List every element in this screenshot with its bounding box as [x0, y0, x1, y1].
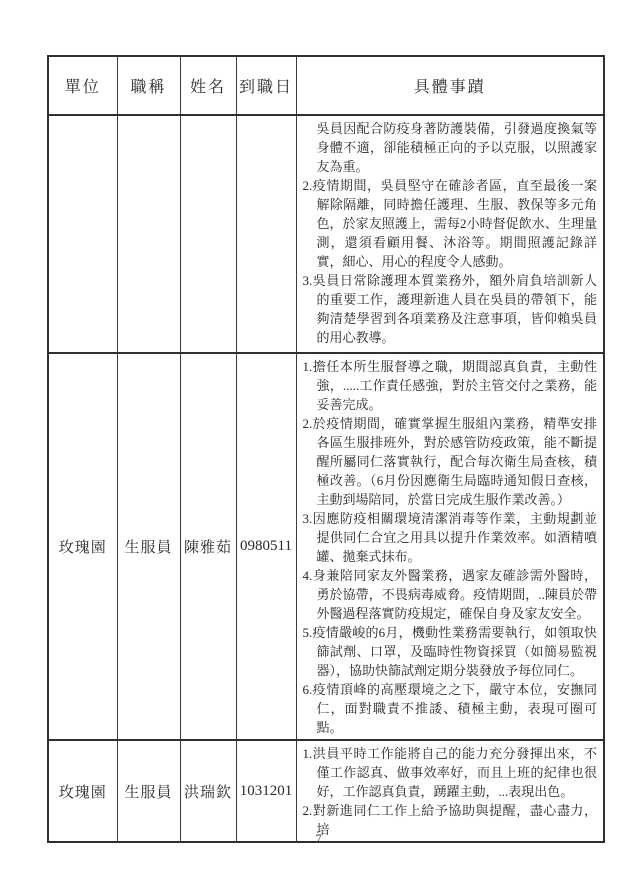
achievement-item: 6.疫情頂峰的高壓環境之之下，嚴守本位，安撫同仁，面對職責不推諉、積極主動，表現…	[303, 680, 598, 737]
unit-cell: 玫瑰園	[48, 353, 117, 740]
item-number: 2.	[303, 803, 313, 818]
item-number: 3.	[303, 511, 313, 526]
item-text: 吳員因配合防疫身著防護裝備，引發過度換氣等身體不適，卻能積極正向的予以克服，以照…	[317, 121, 598, 174]
details-cell: 1.洪員平時工作能將自己的能力充分發揮出來，不僅工作認真、做事效率好，而且上班的…	[296, 740, 604, 842]
item-text: 於疫情期間，確實掌握生服組內業務，精準安排各區生服排班外，對於感管防疫政策，能不…	[312, 416, 597, 507]
header-title: 職稱	[117, 56, 180, 115]
item-text: 吳員日常除護理本質業務外，額外肩負培訓新人的重要工作，護理新進人員在吳員的帶領下…	[312, 273, 597, 345]
item-number: 2.	[303, 178, 313, 193]
item-number: 1.	[303, 746, 313, 761]
achievement-item: 1.洪員平時工作能將自己的能力充分發揮出來，不僅工作認真、做事效率好，而且上班的…	[303, 744, 598, 801]
item-text: 身兼陪同家友外醫業務，遇家友確診需外醫時，勇於協帶，不畏病毒威脅。疫情期間，..…	[312, 568, 597, 621]
item-number: 2.	[303, 416, 313, 431]
table-row: 玫瑰園 生服員 陳雅茹 0980511 1.擔任本所生服督導之職，期間認真負責，…	[48, 353, 604, 740]
item-text: 疫情期間，吳員堅守在確診者區，直至最後一案解除隔離，同時擔任護理、生服、教保等多…	[312, 178, 597, 269]
achievement-item: 1.擔任本所生服督導之職，期間認真負責，主動性強，.....工作責任感強，對於主…	[303, 357, 598, 414]
start-date-cell: 1031201	[236, 740, 296, 842]
item-text: 擔任本所生服督導之職，期間認真負責，主動性強，.....工作責任感強，對於主管交…	[312, 359, 597, 412]
achievement-item: 5.疫情嚴峻的6月，機動性業務需要執行，如領取快篩試劑、口罩，及臨時性物資採買（…	[303, 623, 598, 680]
item-number: 3.	[303, 273, 313, 288]
document-page: 單位 職稱 姓名 到職日 具體事蹟 吳員因配合防疫身著防護裝備，引發過度換氣等身…	[0, 0, 637, 891]
achievement-item: 3.因應防疫相關環境清潔消毒等作業，主動規劃並提供同仁合宜之用具以提升作業效率。…	[303, 509, 598, 566]
page-number: 7	[0, 831, 637, 847]
item-number: 4.	[303, 568, 313, 583]
achievement-item: 2.疫情期間，吳員堅守在確診者區，直至最後一案解除隔離，同時擔任護理、生服、教保…	[303, 176, 598, 271]
commendation-table: 單位 職稱 姓名 到職日 具體事蹟 吳員因配合防疫身著防護裝備，引發過度換氣等身…	[47, 55, 605, 843]
table-header-row: 單位 職稱 姓名 到職日 具體事蹟	[48, 56, 604, 115]
item-text: 疫情嚴峻的6月，機動性業務需要執行，如領取快篩試劑、口罩，及臨時性物資採買（如簡…	[312, 625, 597, 678]
header-details: 具體事蹟	[296, 56, 604, 115]
table-row: 吳員因配合防疫身著防護裝備，引發過度換氣等身體不適，卻能積極正向的予以克服，以照…	[48, 115, 604, 353]
item-number: 5.	[303, 625, 313, 640]
details-cell: 吳員因配合防疫身著防護裝備，引發過度換氣等身體不適，卻能積極正向的予以克服，以照…	[296, 115, 604, 353]
achievement-item: 吳員因配合防疫身著防護裝備，引發過度換氣等身體不適，卻能積極正向的予以克服，以照…	[303, 119, 598, 176]
start-date-cell: 0980511	[236, 353, 296, 740]
name-cell	[180, 115, 236, 353]
item-number: 6.	[303, 682, 313, 697]
item-number: 1.	[303, 359, 313, 374]
header-unit: 單位	[48, 56, 117, 115]
header-start-date: 到職日	[236, 56, 296, 115]
title-cell	[117, 115, 180, 353]
name-cell: 洪瑞欽	[180, 740, 236, 842]
unit-cell	[48, 115, 117, 353]
achievement-item: 2.於疫情期間，確實掌握生服組內業務，精準安排各區生服排班外，對於感管防疫政策，…	[303, 414, 598, 509]
achievement-item: 3.吳員日常除護理本質業務外，額外肩負培訓新人的重要工作，護理新進人員在吳員的帶…	[303, 271, 598, 347]
unit-cell: 玫瑰園	[48, 740, 117, 842]
achievement-item: 4.身兼陪同家友外醫業務，遇家友確診需外醫時，勇於協帶，不畏病毒威脅。疫情期間，…	[303, 566, 598, 623]
start-date-cell	[236, 115, 296, 353]
header-name: 姓名	[180, 56, 236, 115]
title-cell: 生服員	[117, 353, 180, 740]
name-cell: 陳雅茹	[180, 353, 236, 740]
item-text: 洪員平時工作能將自己的能力充分發揮出來，不僅工作認真、做事效率好，而且上班的紀律…	[312, 746, 597, 799]
details-cell: 1.擔任本所生服督導之職，期間認真負責，主動性強，.....工作責任感強，對於主…	[296, 353, 604, 740]
title-cell: 生服員	[117, 740, 180, 842]
item-text: 因應防疫相關環境清潔消毒等作業，主動規劃並提供同仁合宜之用具以提升作業效率。如酒…	[312, 511, 597, 564]
item-text: 疫情頂峰的高壓環境之之下，嚴守本位，安撫同仁，面對職責不推諉、積極主動，表現可圈…	[312, 682, 597, 735]
table-row: 玫瑰園 生服員 洪瑞欽 1031201 1.洪員平時工作能將自己的能力充分發揮出…	[48, 740, 604, 842]
